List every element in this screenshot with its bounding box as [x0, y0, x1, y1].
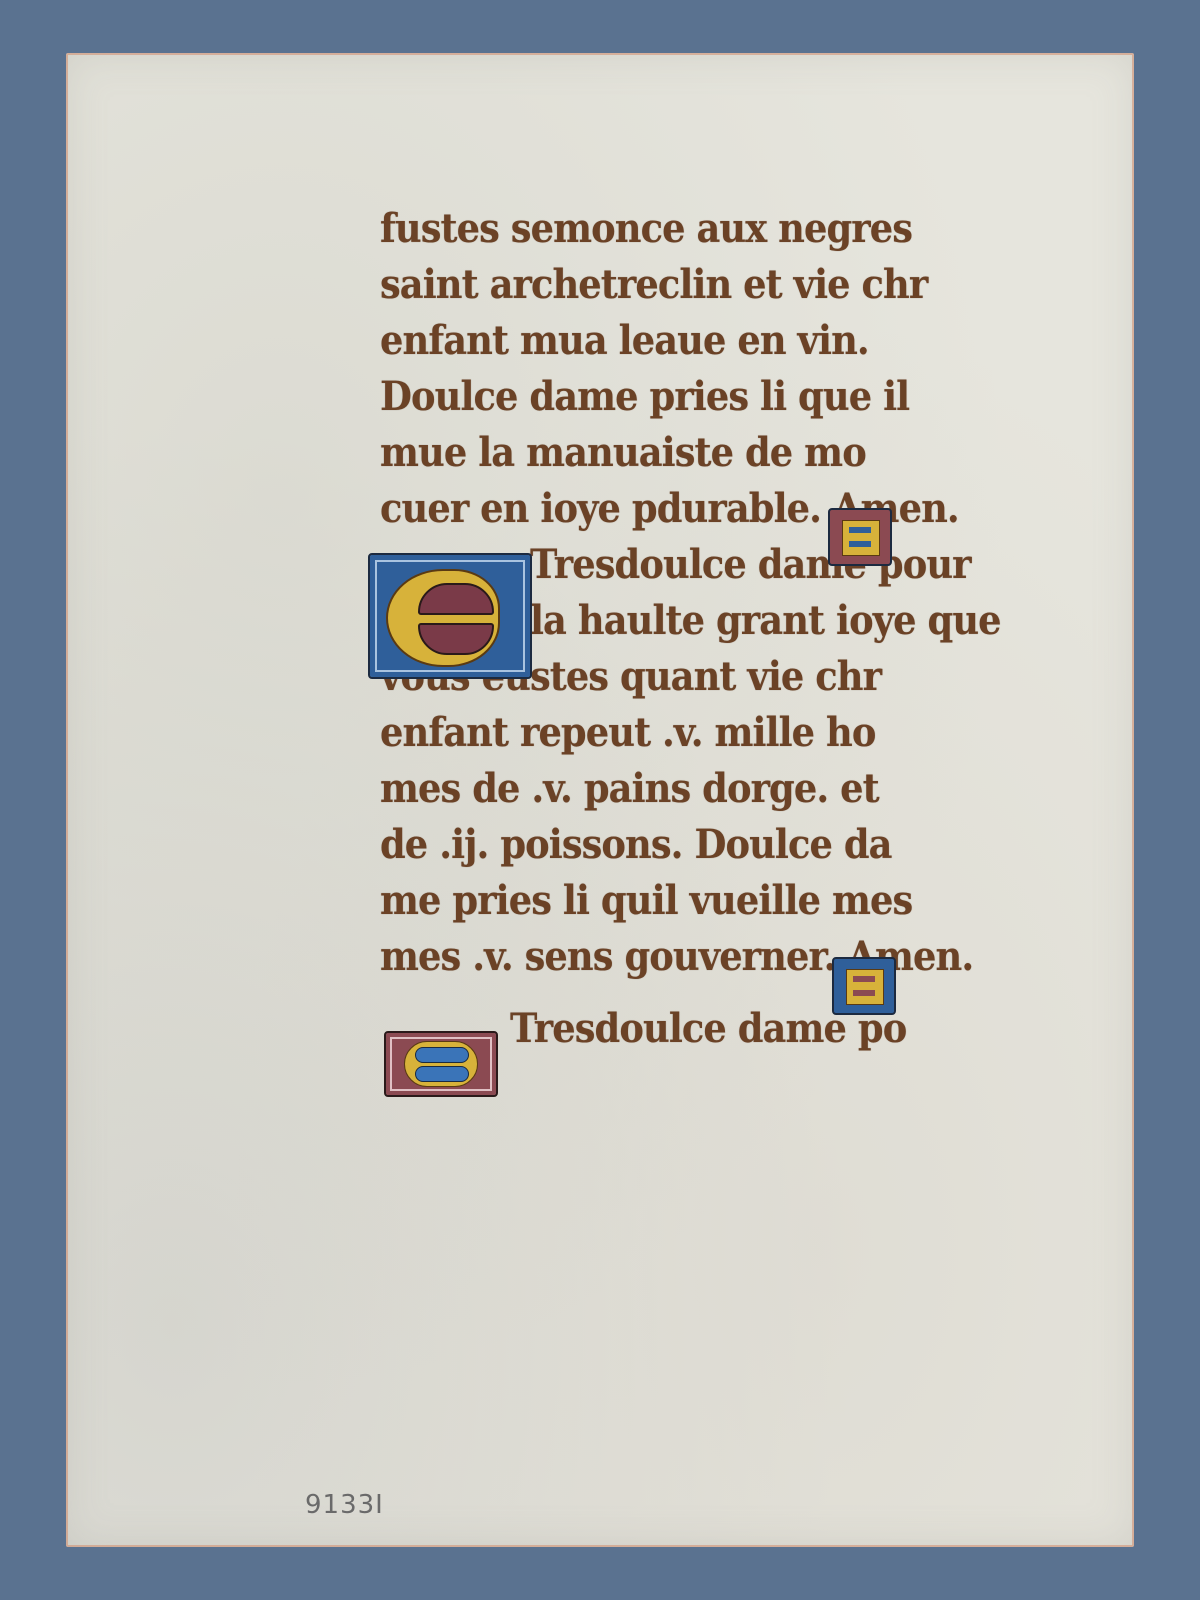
- text-line-7: Tresdoulce dame pour: [530, 541, 971, 599]
- text-line-1: fustes semonce aux negres: [380, 205, 912, 263]
- initial-a-line6: [828, 508, 892, 566]
- text-line-11: mes de .v. pains dorge. et: [380, 765, 879, 823]
- gold-leaf-icon: [386, 569, 500, 667]
- text-line-5: mue la manuaiste de mo: [380, 429, 866, 487]
- text-line-10: enfant repeut .v. mille ho: [380, 709, 876, 767]
- text-line-12: de .ij. poissons. Doulce da: [380, 821, 892, 879]
- initial-bar: [853, 976, 875, 982]
- gold-leaf-icon: [846, 969, 884, 1005]
- text-line-8: la haulte grant ioye que: [530, 597, 1001, 655]
- initial-bar: [853, 990, 875, 996]
- text-line-13: me pries li quil vueille mes: [380, 877, 912, 935]
- initial-bar: [849, 541, 871, 547]
- text-line-4: Doulce dame pries li que il: [380, 373, 909, 431]
- shelf-mark: 9133I: [305, 1490, 384, 1520]
- gold-leaf-icon: [404, 1041, 478, 1087]
- initial-a-line14: [832, 957, 896, 1015]
- text-line-2: saint archetreclin et vie chr: [380, 261, 927, 319]
- gold-leaf-icon: [842, 520, 880, 556]
- initial-bar: [849, 527, 871, 533]
- initial-bowl-lower: [415, 1066, 469, 1082]
- initial-bowl-lower: [418, 623, 494, 655]
- text-line-3: enfant mua leaue en vin.: [380, 317, 869, 375]
- illuminated-initial-e-small: [384, 1031, 498, 1097]
- illuminated-initial-e: [368, 553, 532, 679]
- initial-bowl-upper: [415, 1047, 469, 1063]
- initial-bowl-upper: [418, 583, 494, 615]
